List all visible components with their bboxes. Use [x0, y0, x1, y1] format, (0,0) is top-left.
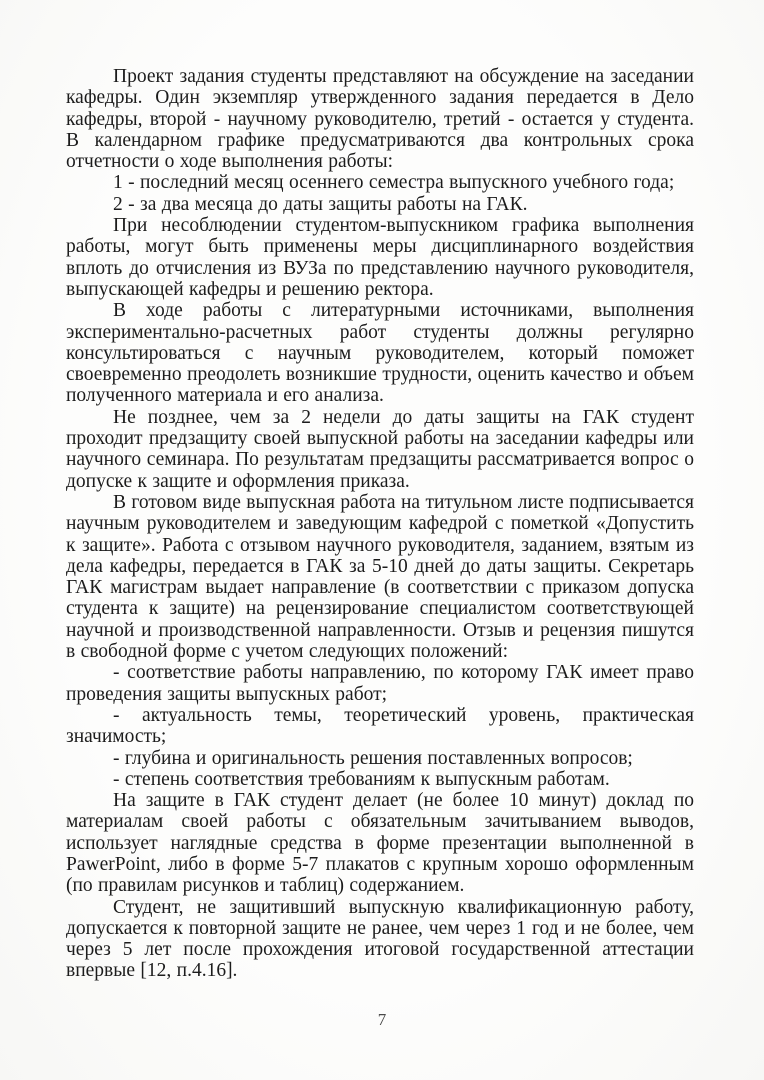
- list-item: - глубина и оригинальность решения поста…: [66, 748, 694, 769]
- list-item: 1 - последний месяц осеннего семестра вы…: [66, 172, 694, 193]
- paragraph: В готовом виде выпускная работа на титул…: [66, 492, 694, 662]
- list-item: 2 - за два месяца до даты защиты работы …: [66, 194, 694, 215]
- list-item: - соответствие работы направлению, по ко…: [66, 662, 694, 705]
- document-page: Проект задания студенты представляют на …: [0, 0, 764, 1080]
- paragraph: Не позднее, чем за 2 недели до даты защи…: [66, 407, 694, 492]
- page-text-block: Проект задания студенты представляют на …: [66, 66, 694, 982]
- paragraph: Проект задания студенты представляют на …: [66, 66, 694, 172]
- list-item: - степень соответствия требованиям к вып…: [66, 769, 694, 790]
- list-item: - актуальность темы, теоретический урове…: [66, 705, 694, 748]
- paragraph: Студент, не защитивший выпускную квалифи…: [66, 897, 694, 982]
- paragraph: На защите в ГАК студент делает (не более…: [66, 790, 694, 896]
- page-number: 7: [0, 1010, 764, 1030]
- paragraph: При несоблюдении студентом-выпускником г…: [66, 215, 694, 300]
- paragraph: В ходе работы с литературными источникам…: [66, 300, 694, 406]
